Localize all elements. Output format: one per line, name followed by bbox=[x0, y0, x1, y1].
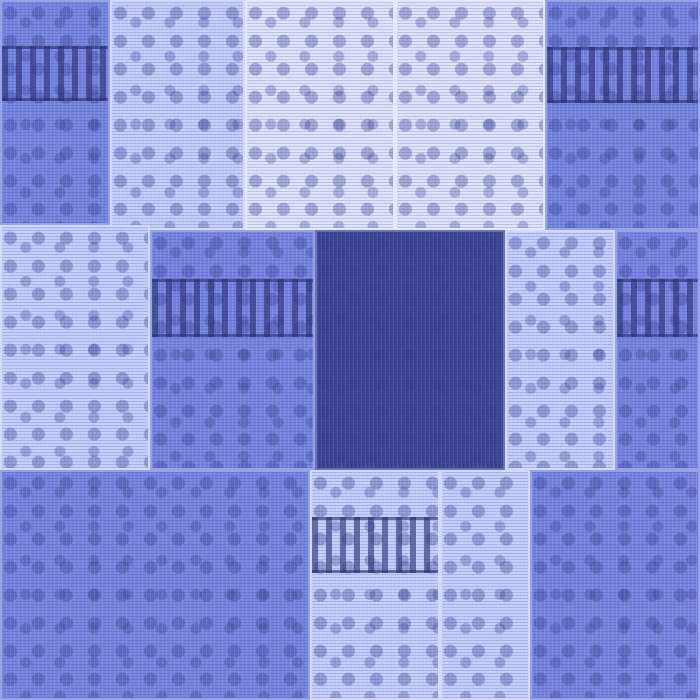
rug-patch bbox=[310, 470, 440, 700]
rug-patch bbox=[110, 0, 245, 230]
rug-patch bbox=[0, 0, 110, 225]
rug-patch bbox=[615, 230, 700, 470]
rug-patch bbox=[530, 470, 700, 700]
rug-patch bbox=[0, 470, 310, 700]
rug-patch bbox=[315, 230, 505, 470]
rug-patch bbox=[395, 0, 545, 230]
rug-patch bbox=[505, 230, 615, 470]
rug-patch bbox=[545, 0, 700, 230]
rug-patch bbox=[0, 225, 150, 470]
rug-patch bbox=[245, 0, 395, 230]
rug-patch bbox=[150, 230, 315, 470]
patchwork-rug-image bbox=[0, 0, 700, 700]
rug-patch bbox=[440, 470, 530, 700]
